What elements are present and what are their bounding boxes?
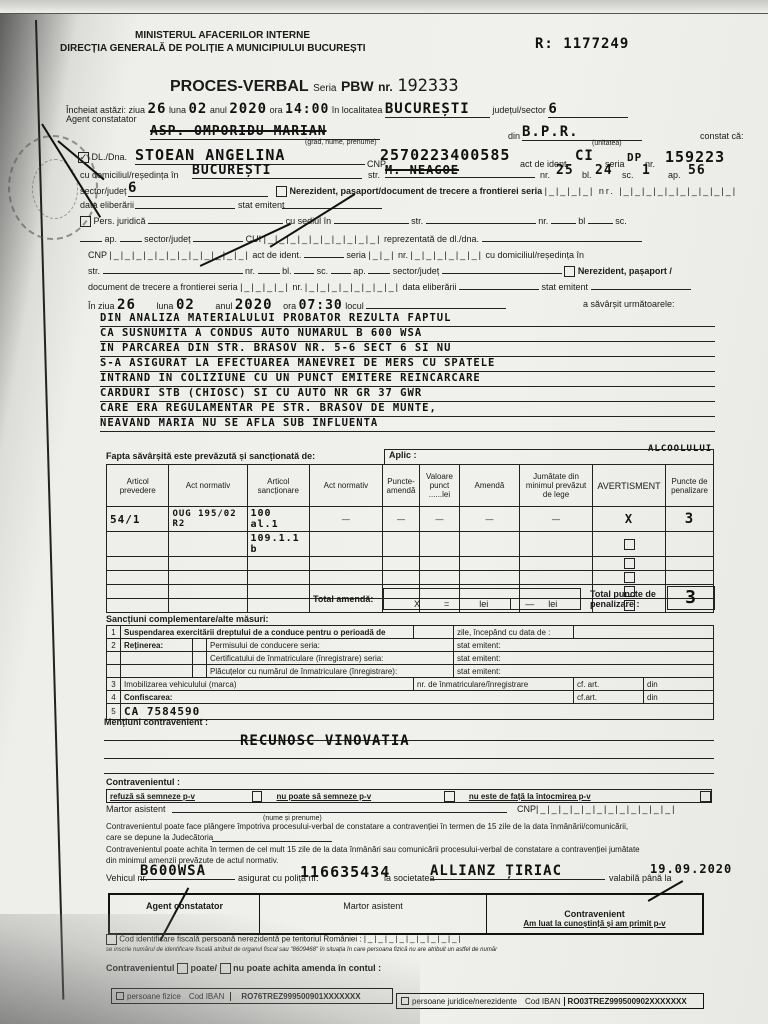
ministry-title: MINISTERUL AFACERILOR INTERNE bbox=[135, 30, 310, 41]
incident-day[interactable]: 26 bbox=[117, 297, 136, 313]
sanction-row: 2 Reținerea: Permisului de conducere ser… bbox=[107, 639, 714, 652]
month-label: luna bbox=[169, 105, 186, 115]
nonresident-row: Nerezident, pașaport/document de trecere… bbox=[276, 186, 737, 197]
table-cell[interactable] bbox=[520, 532, 593, 557]
le-entrance-field[interactable] bbox=[80, 241, 102, 242]
cannot-pay-label: nu poate achita amenda în contul : bbox=[233, 963, 381, 973]
person-street[interactable]: M. NEAGOE bbox=[385, 163, 535, 178]
sanction-sub: nr. de înmatriculare/înregistrare bbox=[414, 678, 574, 691]
sanction-text: Suspendarea exercitării dreptului de a c… bbox=[121, 626, 414, 639]
table-cell[interactable]: OUG 195/02 R2 bbox=[169, 507, 247, 532]
sanction-cf: cf.art. bbox=[574, 691, 644, 704]
agent-signature-label: Agent constatator bbox=[146, 901, 223, 911]
sanction-row: Certificatului de înmatriculare (înregis… bbox=[107, 652, 714, 665]
payment-label: Contravenientul bbox=[106, 963, 175, 973]
legal-entity-name-field[interactable] bbox=[148, 223, 283, 224]
sanction-number: 2 bbox=[107, 639, 121, 652]
sanction-sub: Permisului de conducere seria: bbox=[207, 639, 454, 652]
offender-signature-cell[interactable]: Contravenient Am luat la cunoștință și a… bbox=[487, 895, 702, 933]
le-bl2-field[interactable] bbox=[294, 273, 314, 274]
le-ap2-field[interactable] bbox=[368, 273, 390, 274]
vehicle-number[interactable]: B600WSA bbox=[140, 863, 235, 880]
absent-option-label: nu este de față la întocmirea p-v bbox=[469, 792, 700, 801]
le-issue-date-label: data eliberării bbox=[402, 282, 456, 292]
directorate-title: DIRECȚIA GENERALĂ DE POLIȚIE A MUNICIPIU… bbox=[60, 43, 366, 54]
le-doc-nr-boxes[interactable]: |_|_|_|_|_|_|_|_| bbox=[305, 282, 400, 292]
concluded-year[interactable]: 2020 bbox=[229, 101, 267, 117]
legal-entity-label: Pers. juridică bbox=[94, 216, 146, 226]
payment-row: Contravenientul poate/ nu poate achita a… bbox=[106, 963, 381, 974]
le-apt-field[interactable] bbox=[120, 241, 142, 242]
le-doc-nr-label: nr. bbox=[292, 282, 302, 292]
entrance-label: sc. bbox=[622, 170, 634, 180]
concluded-hour[interactable]: 14:00 bbox=[285, 102, 329, 117]
finding-label: constat că: bbox=[700, 131, 744, 141]
total-fine-box[interactable]: X = lei — lei bbox=[383, 588, 581, 610]
acknowledged-label: Am luat la cunoștință și am primit p-v bbox=[487, 919, 702, 928]
table-row bbox=[107, 571, 714, 585]
legal-iban-box: persoane juridice/nerezidente Cod IBAN R… bbox=[396, 993, 704, 1009]
witness-signature-label: Martor asistent bbox=[343, 901, 403, 911]
legal-label: persoane juridice/nerezidente bbox=[412, 997, 517, 1006]
sanction-din: din bbox=[644, 691, 714, 704]
legal-entity-row-2: ap. sector/județ CUI |_|_|_|_|_|_|_|_|_|… bbox=[80, 234, 642, 244]
paper-top-edge bbox=[0, 0, 768, 14]
sanction-number: 3 bbox=[107, 678, 121, 691]
legal-entity-row-5: document de trecere a frontierei seria |… bbox=[88, 282, 691, 292]
person-id-series[interactable]: DP bbox=[627, 151, 642, 164]
le-id-field[interactable] bbox=[304, 257, 344, 258]
le-sector-field[interactable] bbox=[193, 241, 243, 242]
agent-label: Agent constatator bbox=[66, 114, 137, 124]
court-label: care se depune la Judecătoria bbox=[106, 833, 213, 842]
sanction-text: Reținerea: bbox=[121, 639, 193, 652]
person-apt[interactable]: 56 bbox=[688, 163, 706, 178]
sanction-state: stat emitent: bbox=[454, 652, 714, 665]
individuals-label: persoane fizice bbox=[127, 992, 181, 1001]
table-cell[interactable]: — bbox=[420, 507, 460, 532]
le-nr3-field[interactable] bbox=[258, 273, 280, 274]
le-street-field[interactable] bbox=[426, 223, 536, 224]
le-str2-field[interactable] bbox=[103, 273, 243, 274]
incident-month[interactable]: 02 bbox=[176, 297, 195, 313]
apply-label: Aplic : bbox=[389, 450, 417, 460]
individuals-iban[interactable]: RO76TREZ999500901XXXXXXX bbox=[241, 992, 360, 1001]
description-line: CARDURI STB (CHIOSC) SI CU AUTO NR GR 37… bbox=[100, 387, 715, 402]
header-cell: Articol sancționare bbox=[247, 465, 309, 507]
header-cell: Puncte de penalizare bbox=[666, 465, 714, 507]
total-fine-x: X bbox=[414, 599, 420, 609]
le-nonresident-checkbox[interactable] bbox=[564, 266, 575, 277]
issuing-state-label: stat emitent bbox=[238, 200, 285, 210]
warning-checkbox[interactable] bbox=[592, 532, 665, 557]
sanction-sub: Certificatului de înmatriculare (înregis… bbox=[207, 652, 454, 665]
retention-checkbox[interactable] bbox=[193, 665, 207, 678]
payment-note-1: Contravenientul poate achita în termen d… bbox=[106, 845, 640, 854]
description-line: IN PARCAREA DIN STR. BRASOV NR. 5-6 SECT… bbox=[100, 342, 715, 357]
table-cell[interactable] bbox=[107, 532, 169, 557]
incident-day-label: În ziua bbox=[88, 301, 115, 311]
absent-checkbox[interactable] bbox=[700, 791, 711, 802]
le-block-label: bl bbox=[578, 216, 585, 226]
table-row bbox=[107, 557, 714, 571]
sanction-text: Confiscarea: bbox=[121, 691, 574, 704]
table-cell[interactable]: 3 bbox=[666, 507, 714, 532]
incident-place-label: locul bbox=[345, 301, 364, 311]
offense-table-header: Articol prevedere Act normativ Articol s… bbox=[107, 465, 714, 507]
retention-checkbox[interactable] bbox=[193, 652, 207, 665]
sanction-state: stat emitent: bbox=[454, 639, 714, 652]
signature-table: Agent constatator Martor asistent Contra… bbox=[108, 893, 704, 935]
proces-verbal-document: MINISTERUL AFACERILOR INTERNE DIRECȚIA G… bbox=[0, 0, 768, 1024]
le-doc-series-boxes[interactable]: |_|_|_|_| bbox=[240, 282, 290, 292]
le-block-field[interactable] bbox=[588, 223, 613, 224]
company-label: la societatea bbox=[384, 873, 435, 883]
incident-hour-label: ora bbox=[283, 301, 296, 311]
le-str2-label: str. bbox=[88, 266, 100, 276]
offense-table-caption: Fapta săvârșită este prevăzută și sancți… bbox=[106, 451, 315, 461]
table-cell[interactable] bbox=[382, 532, 419, 557]
table-row: 54/1 OUG 195/02 R2 100 al.1 — — — — — X … bbox=[107, 507, 714, 532]
description-line: DIN ANALIZA MATERIALULUI PROBATOR REZULT… bbox=[100, 312, 715, 327]
year-label: anul bbox=[210, 105, 227, 115]
person-domicile[interactable]: BUCUREȘTI bbox=[192, 163, 362, 179]
issue-date-label: data eliberării bbox=[80, 200, 134, 210]
sanction-row: 3 Imobilizarea vehiculului (marca) nr. d… bbox=[107, 678, 714, 691]
total-fine-currency: lei bbox=[479, 599, 488, 609]
seat-field[interactable] bbox=[334, 223, 409, 224]
header-cell: AVERTISMENT bbox=[592, 465, 665, 507]
document-title-row: PROCES-VERBAL Seria PBW nr. 192333 bbox=[170, 76, 459, 96]
nonresident-checkbox[interactable] bbox=[276, 186, 287, 197]
tax-id-row: Cod identificare fiscală persoană nerezi… bbox=[106, 934, 463, 945]
sanction-number: 4 bbox=[107, 691, 121, 704]
individuals-iban-label: Cod IBAN bbox=[189, 992, 232, 1001]
legal-iban-label: Cod IBAN bbox=[525, 997, 565, 1006]
passport-boxes[interactable]: |_|_|_|_| nr. |_|_|_|_|_|_|_|_|_|_| bbox=[545, 186, 738, 196]
committed-label: a săvârșit următoarele: bbox=[583, 299, 675, 309]
person-street-nr[interactable]: 25 bbox=[556, 163, 574, 178]
le-entrance-label: sc. bbox=[615, 216, 627, 226]
suspension-days-field[interactable] bbox=[414, 626, 454, 639]
locality-label: în localitatea bbox=[332, 105, 383, 115]
table-cell[interactable]: 54/1 bbox=[107, 507, 169, 532]
incident-place-field[interactable] bbox=[366, 308, 506, 309]
retention-checkbox[interactable] bbox=[193, 639, 207, 652]
sanction-cf: cf. art. bbox=[574, 678, 644, 691]
le-issuing-state-field[interactable] bbox=[591, 289, 691, 290]
agent-hint: (grad, nume, prenume) bbox=[305, 139, 377, 146]
document-title: PROCES-VERBAL bbox=[170, 78, 309, 95]
warning-checkbox[interactable]: X bbox=[592, 507, 665, 532]
hour-label: ora bbox=[270, 105, 283, 115]
le-issuing-state-label: stat emitent bbox=[542, 282, 589, 292]
concluded-day[interactable]: 26 bbox=[148, 101, 167, 117]
sector-label: sector/județ bbox=[80, 186, 127, 196]
serial-value: PBW bbox=[341, 78, 374, 94]
le-series-boxes[interactable]: |_|_| bbox=[368, 250, 395, 260]
cannot-checkbox[interactable] bbox=[444, 791, 455, 802]
total-points[interactable]: 3 bbox=[667, 586, 715, 610]
header-cell: Act normativ bbox=[169, 465, 247, 507]
table-cell[interactable] bbox=[459, 532, 519, 557]
sanction-sub: Plăcuțelor cu numărul de înmatriculare (… bbox=[207, 665, 454, 678]
agent-signature-cell[interactable]: Agent constatator bbox=[110, 895, 260, 933]
header-cell: Valoare punct ......lei bbox=[420, 465, 460, 507]
agent-name[interactable]: ASP. OMPORIDU MARIAN bbox=[150, 124, 380, 140]
table-cell[interactable] bbox=[420, 532, 460, 557]
table-cell[interactable]: — bbox=[382, 507, 419, 532]
header-cell: Amendă bbox=[459, 465, 519, 507]
street-nr-label: nr. bbox=[540, 170, 550, 180]
person-cnp[interactable]: 2570223400585 bbox=[380, 146, 510, 164]
tax-id-note: se inscrie numărul de identificare fisca… bbox=[106, 947, 497, 953]
street-label: str. bbox=[368, 170, 380, 180]
issue-date-field[interactable] bbox=[135, 208, 235, 209]
le-nr3-label: nr. bbox=[245, 266, 255, 276]
concluded-county[interactable]: 6 bbox=[548, 101, 628, 118]
le-doc-label: document de trecere a frontierei seria bbox=[88, 282, 238, 292]
agent-unit-hint: (unitatea) bbox=[592, 140, 622, 147]
mentions-line bbox=[104, 758, 714, 759]
sanction-din: din bbox=[644, 678, 714, 691]
court-field[interactable] bbox=[212, 841, 332, 842]
insurance-company[interactable]: ALLIANZ ȚIRIAC bbox=[430, 863, 605, 880]
le-domicile-label: cu domiciliul/reședința în bbox=[485, 250, 584, 260]
number-label: nr. bbox=[378, 80, 393, 94]
le-issue-date-field[interactable] bbox=[459, 289, 539, 290]
total-fine-label: Total amendă: bbox=[313, 594, 373, 604]
table-cell[interactable]: 100 al.1 bbox=[247, 507, 309, 532]
witness-cnp-label: CNP bbox=[517, 804, 536, 814]
table-cell[interactable]: — bbox=[459, 507, 519, 532]
sanction-value[interactable]: CA 7584590 bbox=[121, 704, 714, 720]
le-cnp-label: CNP bbox=[88, 250, 107, 260]
mentions-label: Mențiuni contravenient : bbox=[104, 717, 208, 727]
person-row: ✓ DL./Dna. bbox=[78, 152, 127, 163]
description-line: INTRAND IN COLIZIUNE CU UN PUNCT EMITERE… bbox=[100, 372, 715, 387]
legal-entity-row: Pers. juridică cu sediul în str. nr. bl … bbox=[80, 216, 627, 227]
person-sector[interactable]: 6 bbox=[128, 180, 268, 197]
domicile-label: cu domiciliul/reședința în bbox=[80, 170, 179, 180]
description-line: NEAVAND MARIA NU SE AFLA SUB INFLUENTA bbox=[100, 417, 715, 432]
valid-until-date[interactable]: 19.09.2020 bbox=[650, 862, 732, 876]
warning-checkbox[interactable] bbox=[592, 557, 665, 571]
table-cell[interactable] bbox=[309, 532, 382, 557]
represented-field[interactable] bbox=[482, 241, 642, 242]
le-sector2-label: sector/județ bbox=[393, 266, 440, 276]
represented-label: reprezentată de dl./dna. bbox=[384, 234, 479, 244]
le-id-label: act de ident. bbox=[252, 250, 301, 260]
offender-signature-label: Contravenient bbox=[487, 909, 702, 919]
description-line: S-A ASIGURAT LA EFECTUAREA MANEVREI DE M… bbox=[100, 357, 715, 372]
witness-cnp-boxes[interactable]: |_|_|_|_|_|_|_|_|_|_|_|_| bbox=[536, 804, 676, 814]
table-row: 109.1.1 b bbox=[107, 532, 714, 557]
individuals-checkbox[interactable] bbox=[116, 992, 124, 1000]
person-entrance[interactable]: 1 bbox=[642, 163, 651, 178]
le-street-label: str. bbox=[411, 216, 423, 226]
legal-checkbox[interactable] bbox=[401, 997, 409, 1005]
incident-year-label: anul bbox=[215, 301, 232, 311]
legal-entity-checkbox[interactable] bbox=[80, 216, 91, 227]
le-ap2-label: ap. bbox=[353, 266, 366, 276]
header-cell: Jumătate din minimul prevăzut de lege bbox=[520, 465, 593, 507]
person-checkbox[interactable]: ✓ bbox=[78, 152, 89, 163]
incident-year[interactable]: 2020 bbox=[235, 297, 273, 313]
offense-description[interactable]: DIN ANALIZA MATERIALULUI PROBATOR REZULT… bbox=[100, 312, 715, 432]
document-number: 192333 bbox=[397, 76, 458, 96]
warning-checkbox[interactable] bbox=[592, 571, 665, 585]
le-apt-label: ap. bbox=[105, 234, 118, 244]
person-title-label: DL./Dna. bbox=[92, 152, 128, 162]
tax-id-checkbox[interactable] bbox=[106, 934, 117, 945]
total-points-label: Total puncte de penalizare : bbox=[590, 589, 660, 609]
complementary-table: 1 Suspendarea exercitării dreptului de a… bbox=[106, 625, 714, 720]
can-pay-label: poate/ bbox=[191, 963, 218, 973]
total-fine-half: — bbox=[510, 599, 534, 609]
legal-iban[interactable]: RO03TREZ999500902XXXXXXX bbox=[568, 997, 687, 1006]
le-bl2-label: bl. bbox=[282, 266, 292, 276]
le-sector-label: sector/județ bbox=[144, 234, 191, 244]
total-fine-half-currency: lei bbox=[548, 599, 557, 609]
refuses-option-label: refuză să semneze p-v bbox=[107, 792, 252, 801]
legal-entity-row-3: CNP |_|_|_|_|_|_|_|_|_|_|_|_| act de ide… bbox=[88, 250, 584, 260]
le-series-label: seria bbox=[346, 250, 366, 260]
incident-hour[interactable]: 07:30 bbox=[299, 298, 343, 313]
sanction-text: Imobilizarea vehiculului (marca) bbox=[121, 678, 414, 691]
mentions-line bbox=[104, 773, 714, 774]
concluded-locality[interactable]: BUCUREȘTI bbox=[385, 101, 490, 118]
person-block[interactable]: 24 bbox=[595, 163, 613, 178]
complaint-note: Contravenientul poate face plângere împo… bbox=[106, 822, 628, 831]
complementary-caption: Sancțiuni complementare/alte măsuri: bbox=[106, 614, 269, 624]
le-id-nr-boxes[interactable]: |_|_|_|_|_|_| bbox=[411, 250, 483, 260]
incident-row: În ziua 26 luna 02 anul 2020 ora 07:30 l… bbox=[88, 297, 506, 313]
sanction-state: stat emitent: bbox=[454, 665, 714, 678]
offender-status-options: refuză să semneze p-v nu poate să semnez… bbox=[106, 789, 712, 803]
registration-note: R: 1177249 bbox=[535, 36, 629, 52]
sanction-row: 4 Confiscarea: cf.art. din bbox=[107, 691, 714, 704]
block-label: bl. bbox=[582, 170, 592, 180]
mentions-text[interactable]: RECUNOSC VINOVATIA bbox=[240, 733, 410, 749]
serial-label: Seria bbox=[313, 83, 336, 94]
legal-entity-row-4: str. nr. bl. sc. ap. sector/județ Nerezi… bbox=[88, 266, 672, 277]
concluded-row: Încheiat astăzi: ziua 26 luna 02 anul 20… bbox=[66, 101, 628, 118]
incident-month-label: luna bbox=[156, 301, 173, 311]
tax-id-label: Cod identificare fiscală persoană nerezi… bbox=[119, 935, 361, 944]
sanction-mid: zile, începând cu data de : bbox=[454, 626, 574, 639]
le-nr-field[interactable] bbox=[551, 223, 576, 224]
table-cell[interactable]: — bbox=[309, 507, 382, 532]
sanction-row: 1 Suspendarea exercitării dreptului de a… bbox=[107, 626, 714, 639]
table-cell[interactable]: 109.1.1 b bbox=[247, 532, 309, 557]
description-line: CARE ERA REGULAMENTAR PE STR. BRASOV DE … bbox=[100, 402, 715, 417]
suspension-start-field[interactable] bbox=[574, 626, 714, 639]
table-cell[interactable] bbox=[169, 532, 247, 557]
table-cell[interactable]: — bbox=[520, 507, 593, 532]
le-sc2-field[interactable] bbox=[331, 273, 351, 274]
offender-status-label: Contravenientul : bbox=[106, 777, 180, 787]
header-cell: Act normativ bbox=[309, 465, 382, 507]
witness-label: Martor asistent bbox=[106, 804, 166, 814]
le-nr2-label: nr. bbox=[398, 250, 408, 260]
individuals-iban-box: persoane fizice Cod IBAN RO76TREZ9995009… bbox=[111, 988, 393, 1004]
witness-name-field[interactable] bbox=[172, 812, 507, 813]
refuses-checkbox[interactable] bbox=[252, 791, 263, 802]
agent-from-label: din bbox=[508, 131, 520, 141]
table-cell[interactable] bbox=[666, 532, 714, 557]
sanction-row: Plăcuțelor cu numărul de înmatriculare (… bbox=[107, 665, 714, 678]
agent-unit[interactable]: B.P.R. bbox=[522, 124, 642, 141]
tax-id-boxes[interactable]: |_|_|_|_|_|_|_|_|_| bbox=[364, 935, 463, 944]
total-fine-eq: = bbox=[444, 599, 449, 609]
description-line: CA SUSNUMITA A CONDUS AUTO NUMARUL B 600… bbox=[100, 327, 715, 342]
policy-number[interactable]: 116635434 bbox=[300, 863, 390, 881]
le-nr-label: nr. bbox=[538, 216, 548, 226]
cannot-pay-checkbox[interactable] bbox=[220, 963, 231, 974]
le-sector2-field[interactable] bbox=[442, 273, 562, 274]
apt-label: ap. bbox=[668, 170, 681, 180]
concluded-month[interactable]: 02 bbox=[188, 101, 207, 117]
sanction-number: 1 bbox=[107, 626, 121, 639]
le-nonresident-label: Nerezident, pașaport / bbox=[578, 266, 672, 276]
header-cell: Articol prevedere bbox=[107, 465, 169, 507]
can-pay-checkbox[interactable] bbox=[177, 963, 188, 974]
witness-hint: (nume și prenume) bbox=[263, 815, 322, 822]
nonresident-label: Nerezident, pașaport/document de trecere… bbox=[290, 186, 543, 196]
apply-header: Aplic : bbox=[384, 449, 714, 464]
county-label: județul/sector bbox=[492, 105, 546, 115]
cannot-option-label: nu poate să semneze p-v bbox=[276, 792, 443, 801]
header-cell: Puncte-amendă bbox=[382, 465, 419, 507]
witness-signature-cell[interactable]: Martor asistent bbox=[260, 895, 487, 933]
person-id-type[interactable]: CI bbox=[575, 148, 594, 164]
le-sc2-label: sc. bbox=[317, 266, 329, 276]
